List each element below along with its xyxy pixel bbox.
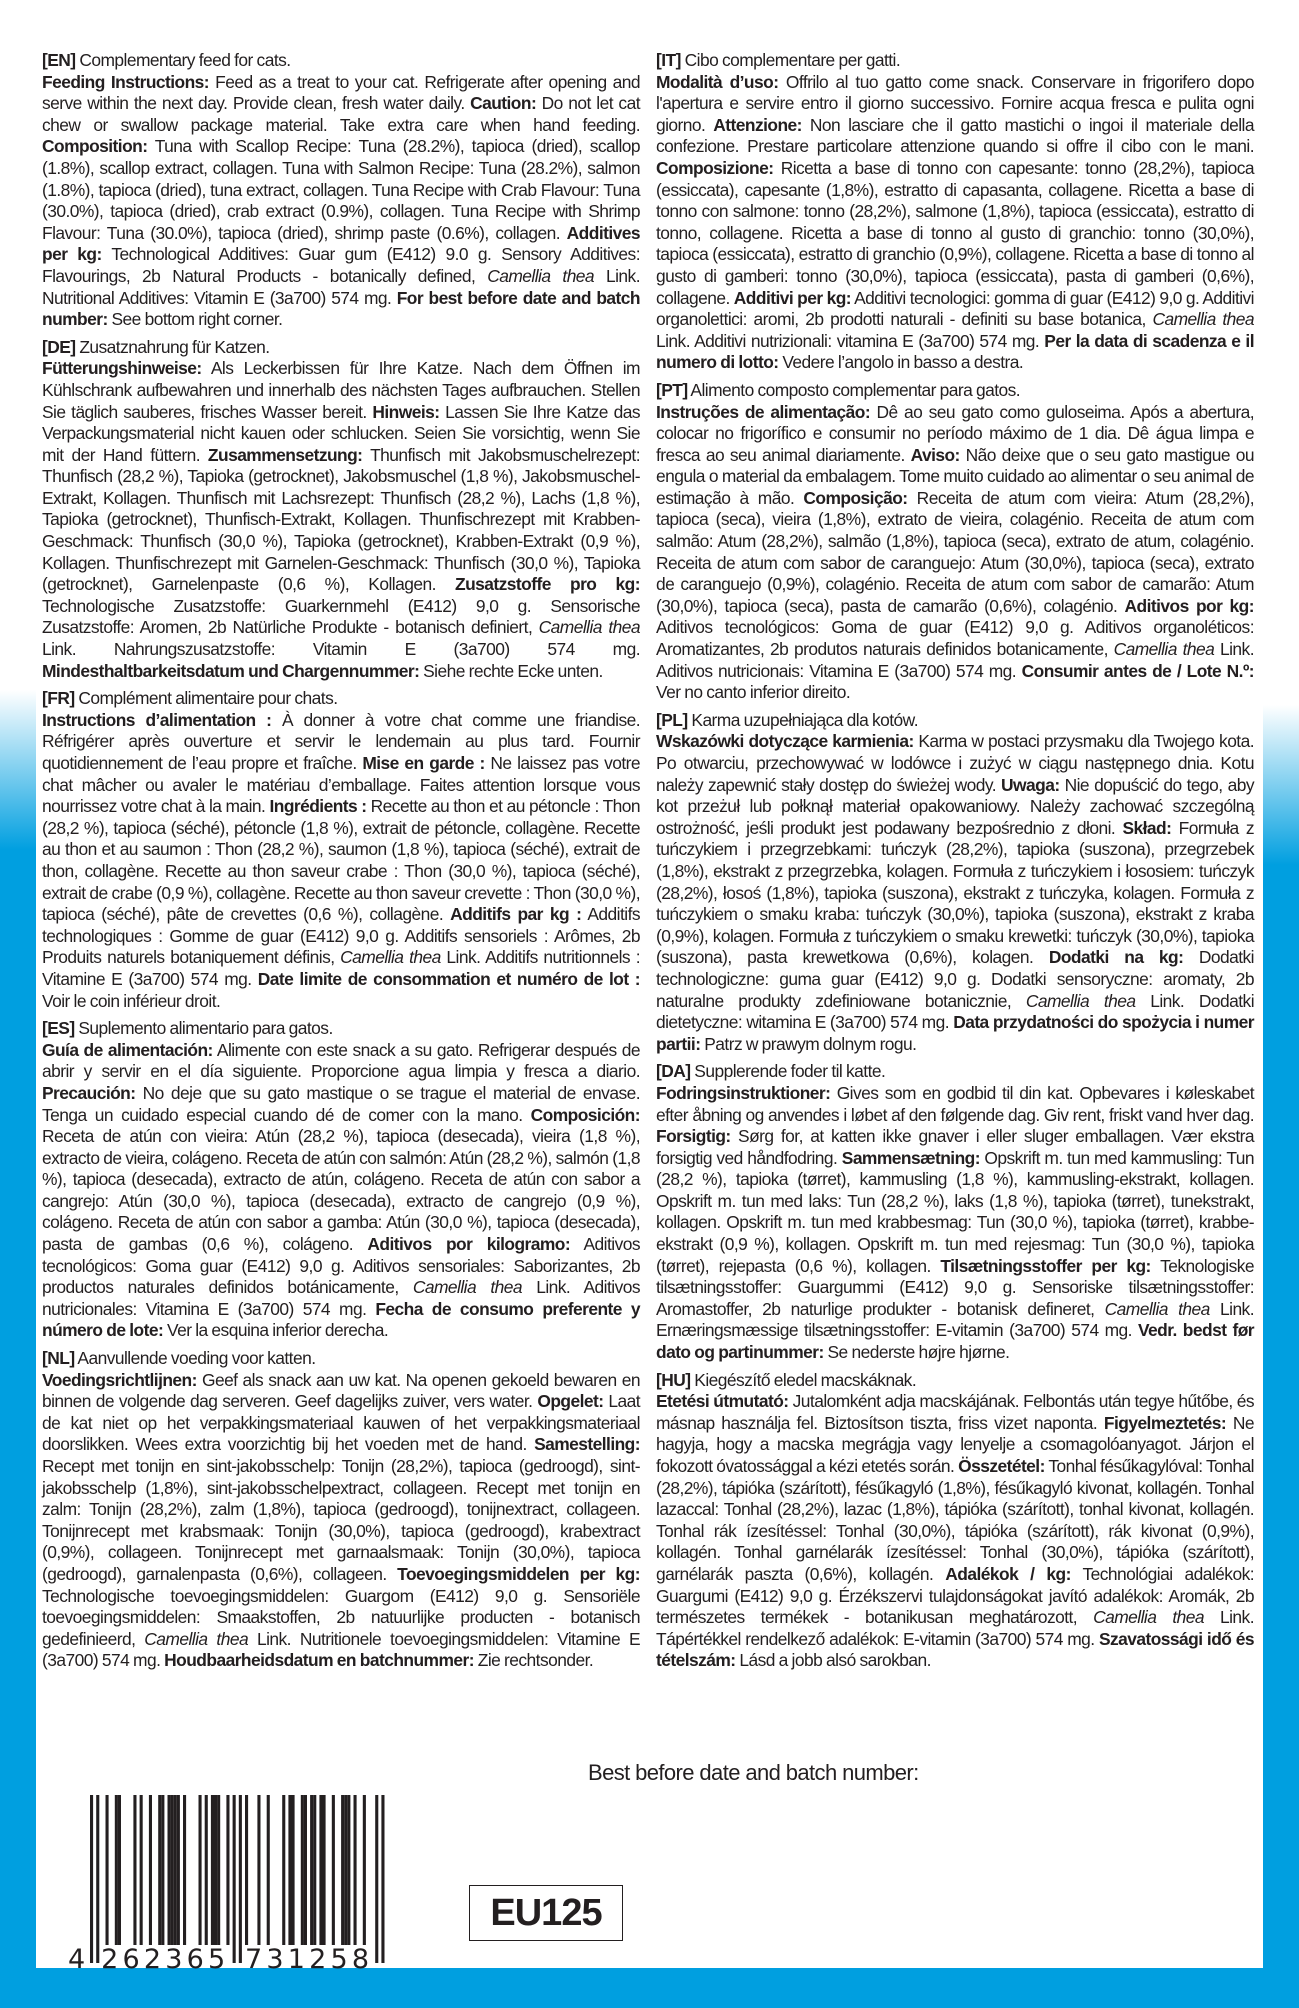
ean13-barcode: 4262365731258 — [62, 1795, 422, 1970]
section-title: Kiegészítő eledel macskáknak. — [691, 1370, 917, 1390]
language-code: [FR] — [42, 688, 75, 708]
bold-label: Forsigtig: — [656, 1126, 731, 1146]
body-text: Vedere l’angolo in basso a destra. — [779, 352, 1024, 372]
italic-term: Camellia thea — [487, 266, 594, 286]
bold-label: Composição: — [803, 488, 907, 508]
section-title: Karma uzupełniająca dla kotów. — [688, 710, 918, 730]
section-body: Etetési útmutató: Jutalomként adja macsk… — [656, 1391, 1254, 1672]
language-section-fr: [FR] Complément alimentaire pour chats.I… — [42, 688, 640, 1012]
bold-label: Etetési útmutató: — [656, 1391, 789, 1411]
approval-code-box: EU125 — [469, 1885, 623, 1941]
section-body: Fütterungshinweise: Als Leckerbissen für… — [42, 358, 640, 682]
body-text: Formuła z tuńczykiem i przegrzebkami: tu… — [656, 818, 1254, 968]
section-heading: [PL] Karma uzupełniająca dla kotów. — [656, 710, 1254, 732]
barcode-graphic: 4262365731258 — [62, 1795, 422, 1970]
blue-border-right — [1263, 705, 1299, 2008]
blue-border-bottom — [0, 1968, 1299, 2008]
bold-label: Samestelling: — [534, 1434, 640, 1454]
bold-label: Sammensætning: — [842, 1148, 980, 1168]
bold-label: Attenzione: — [713, 115, 802, 135]
bold-label: Additifs par kg : — [450, 904, 581, 924]
language-code: [ES] — [42, 1018, 75, 1038]
language-section-it: [IT] Cibo complementare per gatti.Modali… — [656, 50, 1254, 374]
bold-label: Zusatzstoffe pro kg: — [455, 574, 640, 594]
approval-code: EU125 — [490, 1892, 601, 1935]
bold-label: Aditivos por kilogramo: — [367, 1234, 570, 1254]
body-text: Siehe rechte Ecke unten. — [419, 661, 602, 681]
bold-label: Fodringsinstruktioner: — [656, 1083, 830, 1103]
bold-label: Consumir antes de / Lote N.º: — [1022, 661, 1254, 681]
section-title: Supplerende foder til katte. — [691, 1061, 886, 1081]
italic-term: Camellia thea — [1093, 1607, 1204, 1627]
italic-term: Camellia thea — [1105, 1299, 1210, 1319]
bold-label: Toevoegingsmiddelen per kg: — [397, 1564, 640, 1584]
language-section-nl: [NL] Aanvullende voeding voor katten.Voe… — [42, 1348, 640, 1672]
language-section-pl: [PL] Karma uzupełniająca dla kotów.Wskaz… — [656, 710, 1254, 1056]
body-text: Voir le coin inférieur droit. — [42, 991, 220, 1011]
left-text-column: [EN] Complementary feed for cats.Feeding… — [42, 50, 640, 1678]
italic-term: Camellia thea — [1114, 639, 1215, 659]
section-heading: [FR] Complément alimentaire pour chats. — [42, 688, 640, 710]
section-body: Guía de alimentación: Alimente con este … — [42, 1040, 640, 1342]
language-code: [NL] — [42, 1348, 75, 1368]
bold-label: Instruções de alimentação: — [656, 402, 870, 422]
body-text: Link. Nahrungszusatzstoffe: Vitamin E (3… — [42, 639, 640, 659]
language-code: [IT] — [656, 50, 681, 70]
section-heading: [PT] Alimento composto complementar para… — [656, 380, 1254, 402]
section-heading: [HU] Kiegészítő eledel macskáknak. — [656, 1370, 1254, 1392]
bold-label: Mindesthaltbarkeitsdatum und Chargennumm… — [42, 661, 419, 681]
language-code: [PL] — [656, 710, 688, 730]
language-section-en: [EN] Complementary feed for cats.Feeding… — [42, 50, 640, 331]
italic-term: Camellia thea — [1152, 309, 1254, 329]
bold-label: Feeding Instructions: — [42, 72, 209, 92]
section-body: Feeding Instructions: Feed as a treat to… — [42, 72, 640, 331]
body-text: Link. Additivi nutrizionali: vitamina E … — [656, 331, 1044, 351]
section-body: Wskazówki dotyczące karmienia: Karma w p… — [656, 731, 1254, 1055]
svg-text:4: 4 — [68, 1944, 89, 1970]
language-code: [HU] — [656, 1370, 691, 1390]
section-title: Alimento composto complementar para gato… — [688, 380, 1020, 400]
section-title: Cibo complementare per gatti. — [681, 50, 900, 70]
bold-label: Houdbaarheidsdatum en batchnummer: — [164, 1650, 474, 1670]
body-text: Lásd a jobb alsó sarokban. — [736, 1650, 931, 1670]
section-body: Fodringsinstruktioner: Gives som en godb… — [656, 1083, 1254, 1364]
language-code: [PT] — [656, 380, 688, 400]
body-text: Patrz w prawym dolnym rogu. — [700, 1034, 916, 1054]
body-text: Se nederste højre hjørne. — [824, 1342, 1010, 1362]
language-section-hu: [HU] Kiegészítő eledel macskáknak.Etetés… — [656, 1370, 1254, 1672]
language-code: [DA] — [656, 1061, 691, 1081]
language-code: [DE] — [42, 337, 76, 357]
section-heading: [ES] Suplemento alimentario para gatos. — [42, 1018, 640, 1040]
bold-label: Composizione: — [656, 158, 773, 178]
italic-term: Camellia thea — [413, 1277, 522, 1297]
section-title: Zusatznahrung für Katzen. — [76, 337, 270, 357]
bold-label: Zusammensetzung: — [208, 445, 363, 465]
section-title: Suplemento alimentario para gatos. — [75, 1018, 333, 1038]
section-heading: [EN] Complementary feed for cats. — [42, 50, 640, 72]
bold-label: Adalékok / kg: — [945, 1564, 1071, 1584]
section-body: Voedingsrichtlijnen: Geef als snack aan … — [42, 1370, 640, 1672]
bold-label: Mise en garde : — [362, 753, 484, 773]
bold-label: Additivi per kg: — [734, 288, 851, 308]
italic-term: Camellia thea — [340, 947, 441, 967]
bold-label: Precaución: — [42, 1083, 136, 1103]
section-title: Complément alimentaire pour chats. — [75, 688, 338, 708]
bold-label: Hinweis: — [372, 402, 439, 422]
section-body: Instructions d’alimentation : À donner à… — [42, 710, 640, 1012]
bold-label: Skład: — [1122, 818, 1171, 838]
section-heading: [DA] Supplerende foder til katte. — [656, 1061, 1254, 1083]
bold-label: Composition: — [42, 136, 147, 156]
language-section-de: [DE] Zusatznahrung für Katzen.Fütterungs… — [42, 337, 640, 683]
bold-label: Caution: — [470, 93, 536, 113]
svg-text:262365: 262365 — [101, 1944, 229, 1970]
section-title: Complementary feed for cats. — [76, 50, 291, 70]
language-section-es: [ES] Suplemento alimentario para gatos.G… — [42, 1018, 640, 1342]
blue-border-left — [0, 690, 36, 2008]
language-code: [EN] — [42, 50, 76, 70]
bold-label: Voedingsrichtlijnen: — [42, 1370, 197, 1390]
best-before-label: Best before date and batch number: — [588, 1760, 919, 1786]
language-section-pt: [PT] Alimento composto complementar para… — [656, 380, 1254, 704]
italic-term: Camellia thea — [539, 617, 640, 637]
bold-label: Összetétel: — [958, 1456, 1045, 1476]
bold-label: Dodatki na kg: — [1049, 947, 1184, 967]
bold-label: Uwaga: — [1001, 775, 1060, 795]
bold-label: Guía de alimentación: — [42, 1040, 213, 1060]
svg-text:731258: 731258 — [245, 1944, 373, 1970]
section-body: Instruções de alimentação: Dê ao seu gat… — [656, 402, 1254, 704]
section-title: Aanvullende voeding voor katten. — [75, 1348, 316, 1368]
bold-label: Composición: — [531, 1105, 640, 1125]
section-heading: [NL] Aanvullende voeding voor katten. — [42, 1348, 640, 1370]
bold-label: Wskazówki dotyczące karmienia: — [656, 731, 914, 751]
bold-label: Modalità d’uso: — [656, 72, 778, 92]
bold-label: Fütterungshinweise: — [42, 358, 202, 378]
bold-label: Tilsætningsstoffer per kg: — [940, 1256, 1150, 1276]
body-text: Thunfisch mit Jakobsmuschelrezept: Thunf… — [42, 445, 640, 595]
body-text: Zie rechtsonder. — [474, 1650, 593, 1670]
section-body: Modalità d’uso: Offrilo al tuo gatto com… — [656, 72, 1254, 374]
bold-label: Instructions d’alimentation : — [42, 710, 271, 730]
body-text: See bottom right corner. — [108, 309, 283, 329]
language-section-da: [DA] Supplerende foder til katte.Fodring… — [656, 1061, 1254, 1363]
bold-label: Opgelet: — [537, 1391, 603, 1411]
body-text: Ver no canto inferior direito. — [656, 682, 850, 702]
right-text-column: [IT] Cibo complementare per gatti.Modali… — [656, 50, 1254, 1678]
italic-term: Camellia thea — [1026, 991, 1136, 1011]
bold-label: Aviso: — [911, 445, 960, 465]
bold-label: Ingrédients : — [269, 796, 366, 816]
body-text: Ver la esquina inferior derecha. — [163, 1320, 388, 1340]
bold-label: Figyelmeztetés: — [1104, 1413, 1226, 1433]
bold-label: Aditivos por kg: — [1125, 596, 1254, 616]
section-heading: [IT] Cibo complementare per gatti. — [656, 50, 1254, 72]
bold-label: Date limite de consommation et numéro de… — [258, 969, 640, 989]
section-heading: [DE] Zusatznahrung für Katzen. — [42, 337, 640, 359]
body-text: Ricetta a base di tonno con capesante: t… — [656, 158, 1254, 308]
italic-term: Camellia thea — [144, 1629, 248, 1649]
